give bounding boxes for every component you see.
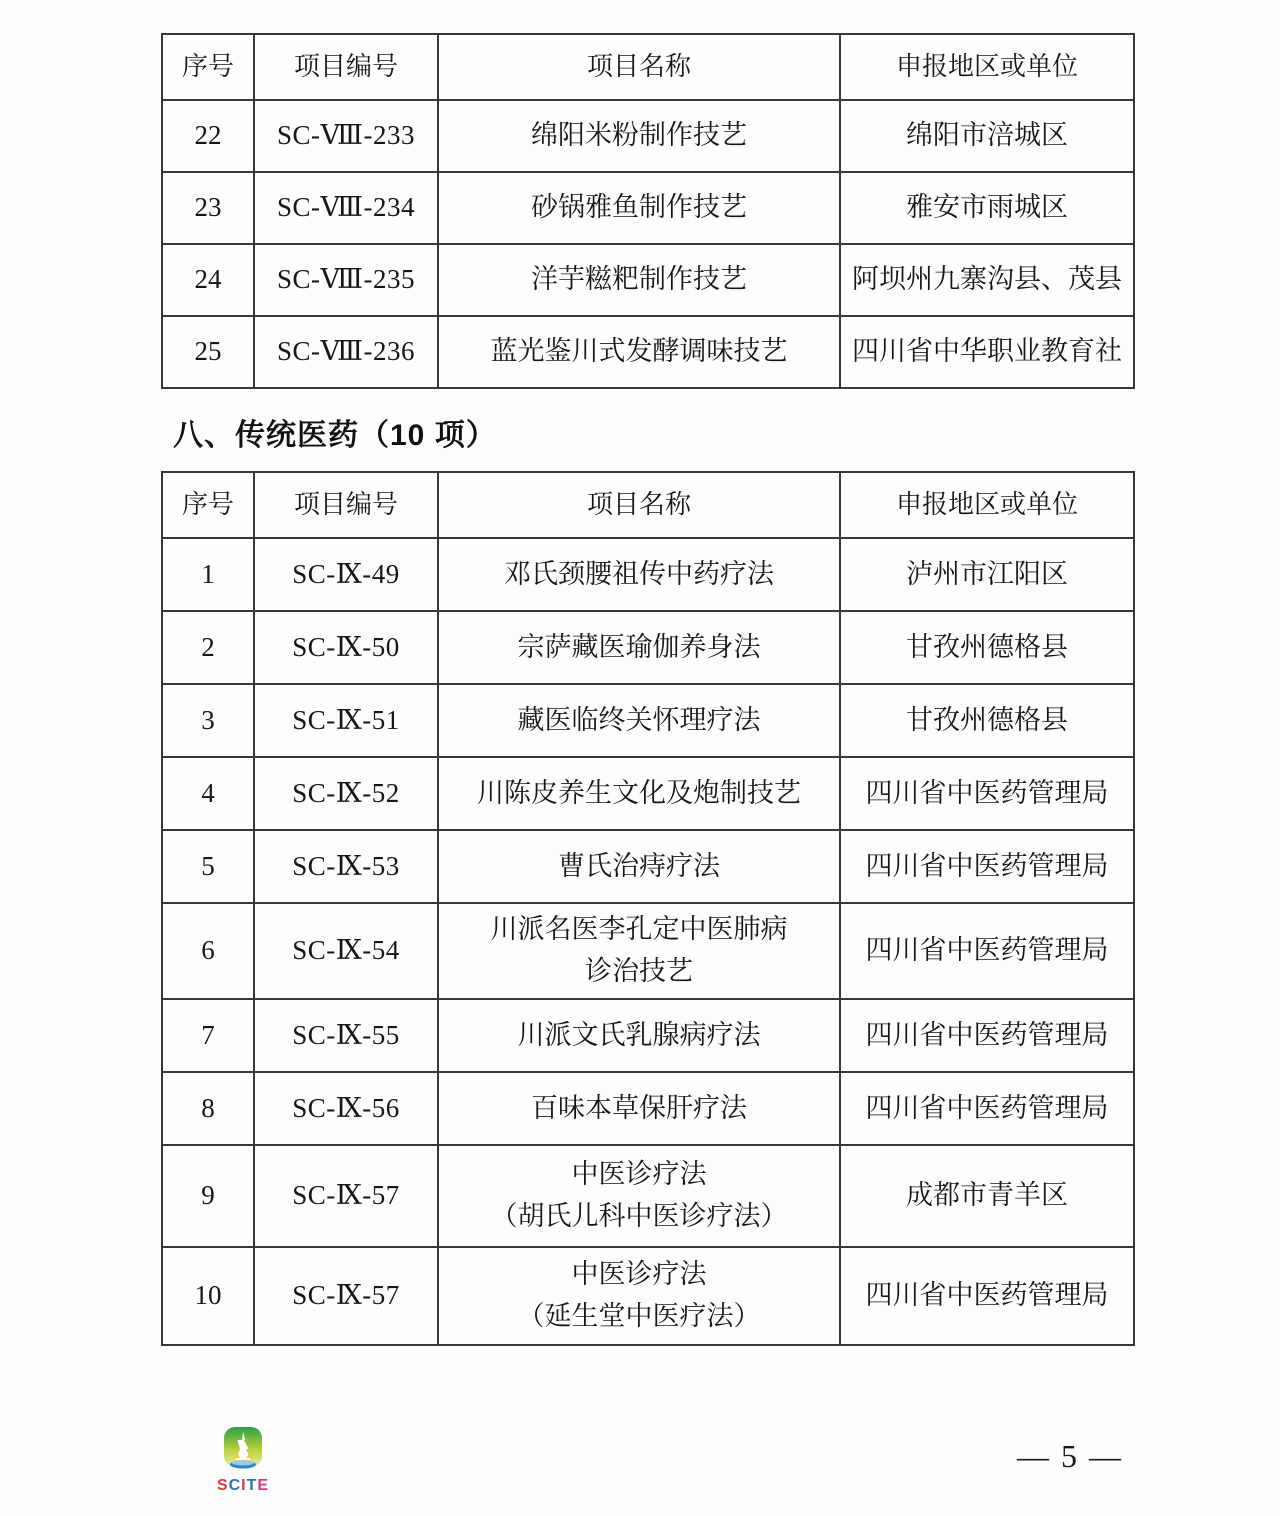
- cell-seq: 24: [162, 244, 254, 316]
- cell-code: SC-Ⅸ-57: [254, 1247, 438, 1345]
- table-row: 22 SC-Ⅷ-233 绵阳米粉制作技艺 绵阳市涪城区: [162, 100, 1134, 172]
- table-row: 23 SC-Ⅷ-234 砂锅雅鱼制作技艺 雅安市雨城区: [162, 172, 1134, 244]
- col-header-region: 申报地区或单位: [840, 472, 1134, 538]
- cell-region: 泸州市江阳区: [840, 538, 1134, 611]
- table-row: 6 SC-Ⅸ-54 川派名医李孔定中医肺病 诊治技艺 四川省中医药管理局: [162, 903, 1134, 999]
- cell-name: 宗萨藏医瑜伽养身法: [438, 611, 840, 684]
- cell-code: SC-Ⅸ-50: [254, 611, 438, 684]
- cell-region: 绵阳市涪城区: [840, 100, 1134, 172]
- cell-code: SC-Ⅸ-57: [254, 1145, 438, 1247]
- table-traditional-medicine: 序号 项目编号 项目名称 申报地区或单位 1 SC-Ⅸ-49 邓氏颈腰祖传中药疗…: [161, 471, 1135, 1346]
- cell-region: 四川省中华职业教育社: [840, 316, 1134, 388]
- table-row: 4 SC-Ⅸ-52 川陈皮养生文化及炮制技艺 四川省中医药管理局: [162, 757, 1134, 830]
- cell-seq: 9: [162, 1145, 254, 1247]
- page-number: — 5 —: [1017, 1438, 1123, 1475]
- cell-code: SC-Ⅷ-235: [254, 244, 438, 316]
- cell-name: 邓氏颈腰祖传中药疗法: [438, 538, 840, 611]
- cell-seq: 5: [162, 830, 254, 903]
- cell-region: 甘孜州德格县: [840, 611, 1134, 684]
- table-row: 10 SC-Ⅸ-57 中医诊疗法 （延生堂中医疗法） 四川省中医药管理局: [162, 1247, 1134, 1345]
- col-header-code: 项目编号: [254, 472, 438, 538]
- col-header-code: 项目编号: [254, 34, 438, 100]
- table-row: 25 SC-Ⅷ-236 蓝光鉴川式发酵调味技艺 四川省中华职业教育社: [162, 316, 1134, 388]
- col-header-region: 申报地区或单位: [840, 34, 1134, 100]
- cell-name: 绵阳米粉制作技艺: [438, 100, 840, 172]
- cell-name: 川派文氏乳腺病疗法: [438, 999, 840, 1072]
- table-row: 1 SC-Ⅸ-49 邓氏颈腰祖传中药疗法 泸州市江阳区: [162, 538, 1134, 611]
- col-header-name: 项目名称: [438, 472, 840, 538]
- col-header-seq: 序号: [162, 472, 254, 538]
- cell-name: 曹氏治痔疗法: [438, 830, 840, 903]
- cell-code: SC-Ⅸ-54: [254, 903, 438, 999]
- table-row: 9 SC-Ⅸ-57 中医诊疗法 （胡氏儿科中医诊疗法） 成都市青羊区: [162, 1145, 1134, 1247]
- cell-name: 洋芋糍粑制作技艺: [438, 244, 840, 316]
- cell-region: 甘孜州德格县: [840, 684, 1134, 757]
- cell-name: 川派名医李孔定中医肺病 诊治技艺: [438, 903, 840, 999]
- table-row: 3 SC-Ⅸ-51 藏医临终关怀理疗法 甘孜州德格县: [162, 684, 1134, 757]
- table-traditional-skills: 序号 项目编号 项目名称 申报地区或单位 22 SC-Ⅷ-233 绵阳米粉制作技…: [161, 33, 1135, 389]
- cell-seq: 6: [162, 903, 254, 999]
- cell-code: SC-Ⅸ-55: [254, 999, 438, 1072]
- cell-code: SC-Ⅸ-52: [254, 757, 438, 830]
- cell-region: 四川省中医药管理局: [840, 903, 1134, 999]
- cell-region: 四川省中医药管理局: [840, 1247, 1134, 1345]
- table-row: 24 SC-Ⅷ-235 洋芋糍粑制作技艺 阿坝州九寨沟县、茂县: [162, 244, 1134, 316]
- cell-region: 雅安市雨城区: [840, 172, 1134, 244]
- cell-region: 四川省中医药管理局: [840, 830, 1134, 903]
- table-header-row: 序号 项目编号 项目名称 申报地区或单位: [162, 472, 1134, 538]
- cell-seq: 23: [162, 172, 254, 244]
- cell-seq: 1: [162, 538, 254, 611]
- cell-name: 川陈皮养生文化及炮制技艺: [438, 757, 840, 830]
- cell-code: SC-Ⅸ-56: [254, 1072, 438, 1145]
- cell-name: 砂锅雅鱼制作技艺: [438, 172, 840, 244]
- cell-seq: 10: [162, 1247, 254, 1345]
- table-row: 5 SC-Ⅸ-53 曹氏治痔疗法 四川省中医药管理局: [162, 830, 1134, 903]
- cell-seq: 22: [162, 100, 254, 172]
- cell-region: 四川省中医药管理局: [840, 757, 1134, 830]
- col-header-name: 项目名称: [438, 34, 840, 100]
- cell-seq: 3: [162, 684, 254, 757]
- section-heading: 八、传统医药（10 项）: [173, 410, 1280, 454]
- scite-logo-text: SCITE: [213, 1478, 273, 1494]
- cell-seq: 8: [162, 1072, 254, 1145]
- document-page: 序号 项目编号 项目名称 申报地区或单位 22 SC-Ⅷ-233 绵阳米粉制作技…: [0, 0, 1280, 1516]
- scite-logo-icon: [223, 1427, 263, 1476]
- cell-region: 成都市青羊区: [840, 1145, 1134, 1247]
- cell-seq: 25: [162, 316, 254, 388]
- table-row: 2 SC-Ⅸ-50 宗萨藏医瑜伽养身法 甘孜州德格县: [162, 611, 1134, 684]
- cell-region: 阿坝州九寨沟县、茂县: [840, 244, 1134, 316]
- cell-name: 蓝光鉴川式发酵调味技艺: [438, 316, 840, 388]
- cell-code: SC-Ⅷ-234: [254, 172, 438, 244]
- table-row: 8 SC-Ⅸ-56 百味本草保肝疗法 四川省中医药管理局: [162, 1072, 1134, 1145]
- cell-seq: 4: [162, 757, 254, 830]
- cell-name: 中医诊疗法 （胡氏儿科中医诊疗法）: [438, 1145, 840, 1247]
- col-header-seq: 序号: [162, 34, 254, 100]
- cell-code: SC-Ⅷ-236: [254, 316, 438, 388]
- scite-logo: SCITE: [213, 1427, 273, 1494]
- cell-name: 百味本草保肝疗法: [438, 1072, 840, 1145]
- cell-code: SC-Ⅷ-233: [254, 100, 438, 172]
- cell-region: 四川省中医药管理局: [840, 999, 1134, 1072]
- cell-name: 藏医临终关怀理疗法: [438, 684, 840, 757]
- cell-code: SC-Ⅸ-49: [254, 538, 438, 611]
- cell-code: SC-Ⅸ-51: [254, 684, 438, 757]
- cell-region: 四川省中医药管理局: [840, 1072, 1134, 1145]
- cell-seq: 2: [162, 611, 254, 684]
- table-row: 7 SC-Ⅸ-55 川派文氏乳腺病疗法 四川省中医药管理局: [162, 999, 1134, 1072]
- table-header-row: 序号 项目编号 项目名称 申报地区或单位: [162, 34, 1134, 100]
- cell-seq: 7: [162, 999, 254, 1072]
- cell-name: 中医诊疗法 （延生堂中医疗法）: [438, 1247, 840, 1345]
- cell-code: SC-Ⅸ-53: [254, 830, 438, 903]
